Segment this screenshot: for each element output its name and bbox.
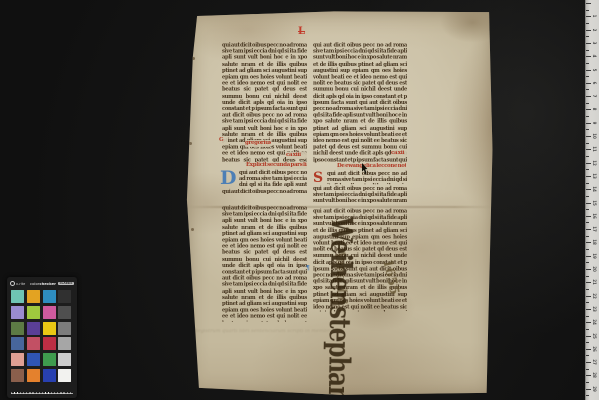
ruler-major-tick [586, 70, 591, 71]
ruler-minor-tick [586, 89, 589, 90]
color-patch [58, 322, 71, 335]
ruler-number: 9 [592, 120, 596, 126]
ruler-number: 10 [592, 133, 596, 139]
ruler-minor-tick [586, 369, 589, 370]
ruler-major-tick [586, 56, 591, 57]
color-patch [58, 337, 71, 350]
ruler-major-tick [586, 176, 591, 177]
ruler-minor-tick [586, 262, 589, 263]
ruler-minor-tick [586, 316, 589, 317]
colorchecker-word-light: color [30, 281, 39, 286]
color-patch [27, 322, 40, 335]
color-patch [58, 290, 71, 303]
color-patch [58, 353, 71, 366]
colorchecker-word-bold: checker [39, 281, 56, 286]
ruler-number: 18 [592, 239, 596, 245]
ruler-number: 7 [592, 93, 596, 99]
color-patch [58, 369, 71, 382]
xrite-logo-icon [10, 281, 15, 286]
color-patch [27, 290, 40, 303]
ownership-inscription-main: Weihenstephan [324, 216, 356, 400]
ruler-number: 27 [592, 359, 596, 365]
ruler-major-tick [586, 30, 591, 31]
ruler-major-tick [586, 349, 591, 350]
ruler-major-tick [586, 389, 591, 390]
color-patch [27, 337, 40, 350]
color-patch [43, 353, 56, 366]
ruler-number: 12 [592, 160, 596, 166]
right-column-beside-initial: qui aut dicit oibus pecc no ad roma sive… [327, 171, 407, 184]
sewing-hole [189, 142, 192, 145]
blue-initial-d: D [220, 167, 236, 189]
color-patch [11, 353, 24, 366]
ruler-minor-tick [586, 276, 589, 277]
ruler-minor-tick [586, 222, 589, 223]
ruler-number: 23 [592, 306, 596, 312]
ruler-major-tick [586, 336, 591, 337]
ruler-number: 19 [592, 253, 596, 259]
ruler-number: 3 [592, 40, 596, 46]
left-column-beside-initial: qui aut dicit oibus pecc no ad roma sive… [239, 170, 307, 190]
ruler-major-tick [586, 269, 591, 270]
ruler-number: 13 [592, 173, 596, 179]
ruler-number: 11 [592, 146, 596, 152]
ruler-major-tick [586, 83, 591, 84]
ruler-major-tick [586, 163, 591, 164]
colorchecker-scale-strip [11, 390, 73, 394]
colorchecker-wordmark: colorchecker [30, 282, 56, 286]
right-column-block-1: qui aut dicit oibus pecc no ad roma sive… [313, 42, 407, 164]
right-chapter-reference: ca xii [391, 150, 407, 157]
photo-stage: L qui aut dicit oibus pecc no ad roma si… [0, 0, 599, 400]
ruler-minor-tick [586, 50, 589, 51]
ruler-number: 6 [592, 80, 596, 86]
ruler-number: 21 [592, 279, 596, 285]
left-rubric-line: Explicit secunda pars libri [246, 162, 307, 169]
ruler-number: 16 [592, 213, 596, 219]
blue-paraph-mark: ¶ [306, 266, 310, 272]
ruler-minor-tick [586, 289, 589, 290]
ruler: 1234567891011121314151617181920212223242… [585, 0, 599, 400]
colorchecker-card: x-rite colorchecker CLASSIC [7, 277, 77, 398]
ruler-number: 24 [592, 319, 596, 325]
ruler-number: 8 [592, 106, 596, 112]
ruler-major-tick [586, 136, 591, 137]
color-patch [43, 322, 56, 335]
ruler-major-tick [586, 149, 591, 150]
ruler-minor-tick [586, 156, 589, 157]
ruler-major-tick [586, 309, 591, 310]
ruler-minor-tick [586, 382, 589, 383]
classic-badge: CLASSIC [58, 282, 74, 285]
ruler-minor-tick [586, 23, 589, 24]
ruler-number: 28 [592, 372, 596, 378]
left-column-block-2: qui aut dicit oibus pecc no ad roma sive… [222, 205, 307, 321]
left-column-closing-line: qui aut dicit oibus pecc no ad roma sive… [222, 189, 307, 195]
xrite-brand: x-rite [10, 281, 25, 286]
right-rubric-line: De ewangelica leccone nota [337, 163, 406, 170]
ruler-minor-tick [586, 355, 589, 356]
ruler-number: 25 [592, 333, 596, 339]
ruler-number: 2 [592, 27, 596, 33]
manuscript-page: L qui aut dicit oibus pecc no ad roma si… [186, 11, 494, 396]
ruler-major-tick [586, 3, 591, 4]
color-patch [11, 306, 24, 319]
ruler-minor-tick [586, 36, 589, 37]
ruler-minor-tick [586, 236, 589, 237]
ruler-major-tick [586, 375, 591, 376]
ruler-major-tick [586, 296, 591, 297]
ruler-minor-tick [586, 302, 589, 303]
ruler-major-tick [586, 16, 591, 17]
ruler-minor-tick [586, 395, 589, 396]
color-patch [43, 337, 56, 350]
ruler-minor-tick [586, 10, 589, 11]
red-initial-s: S [313, 170, 323, 186]
faint-marginal-note: Registrum quarti libri sentenciarum scri… [194, 329, 344, 340]
ruler-minor-tick [586, 129, 589, 130]
xrite-brand-label: x-rite [16, 282, 25, 286]
color-patch [11, 290, 24, 303]
color-patch [27, 306, 40, 319]
ruler-major-tick [586, 43, 591, 44]
ruler-minor-tick [586, 76, 589, 77]
ruler-major-tick [586, 322, 591, 323]
ruler-minor-tick [586, 143, 589, 144]
ruler-minor-tick [586, 103, 589, 104]
ruler-minor-tick [586, 169, 589, 170]
ruler-number: 1 [592, 13, 596, 19]
right-column-block-2: qui aut dicit oibus pecc no ad roma sive… [313, 186, 407, 206]
ruler-major-tick [586, 96, 591, 97]
ruler-major-tick [586, 229, 591, 230]
quire-mark: L [298, 27, 305, 37]
left-red-initial: G [219, 137, 228, 144]
ruler-major-tick [586, 242, 591, 243]
ruler-minor-tick [586, 183, 589, 184]
ruler-major-tick [586, 216, 591, 217]
ruler-number: 20 [592, 266, 596, 272]
ruler-number: 4 [592, 53, 596, 59]
ruler-number: 5 [592, 67, 596, 73]
ruler-number: 22 [592, 293, 596, 299]
ruler-minor-tick [586, 329, 589, 330]
color-patch [43, 369, 56, 382]
color-patch [11, 322, 24, 335]
ruler-major-tick [586, 256, 591, 257]
ruler-minor-tick [586, 116, 589, 117]
sewing-hole [191, 228, 194, 231]
ruler-minor-tick [586, 196, 589, 197]
ruler-major-tick [586, 282, 591, 283]
color-patch [43, 290, 56, 303]
color-patch [58, 306, 71, 319]
color-patch [11, 369, 24, 382]
color-patch [43, 306, 56, 319]
color-patch [11, 337, 24, 350]
color-patch [27, 353, 40, 366]
ruler-minor-tick [586, 63, 589, 64]
sewing-hole [192, 57, 195, 60]
ruler-number: 17 [592, 226, 596, 232]
ruler-number: 29 [592, 386, 596, 392]
ruler-minor-tick [586, 209, 589, 210]
colorchecker-header: x-rite colorchecker CLASSIC [10, 279, 74, 288]
ruler-major-tick [586, 109, 591, 110]
ruler-major-tick [586, 189, 591, 190]
ruler-minor-tick [586, 249, 589, 250]
left-chapter-reference: ca xiii [286, 152, 307, 159]
ruler-number: 14 [592, 186, 596, 192]
colorchecker-grid [11, 290, 71, 382]
color-patch [27, 369, 40, 382]
ruler-minor-tick [586, 342, 589, 343]
left-red-word: gregorius [245, 140, 271, 147]
ruler-number: 15 [592, 200, 596, 206]
ruler-major-tick [586, 203, 591, 204]
ruler-major-tick [586, 123, 591, 124]
ruler-major-tick [586, 362, 591, 363]
ruler-number: 26 [592, 346, 596, 352]
